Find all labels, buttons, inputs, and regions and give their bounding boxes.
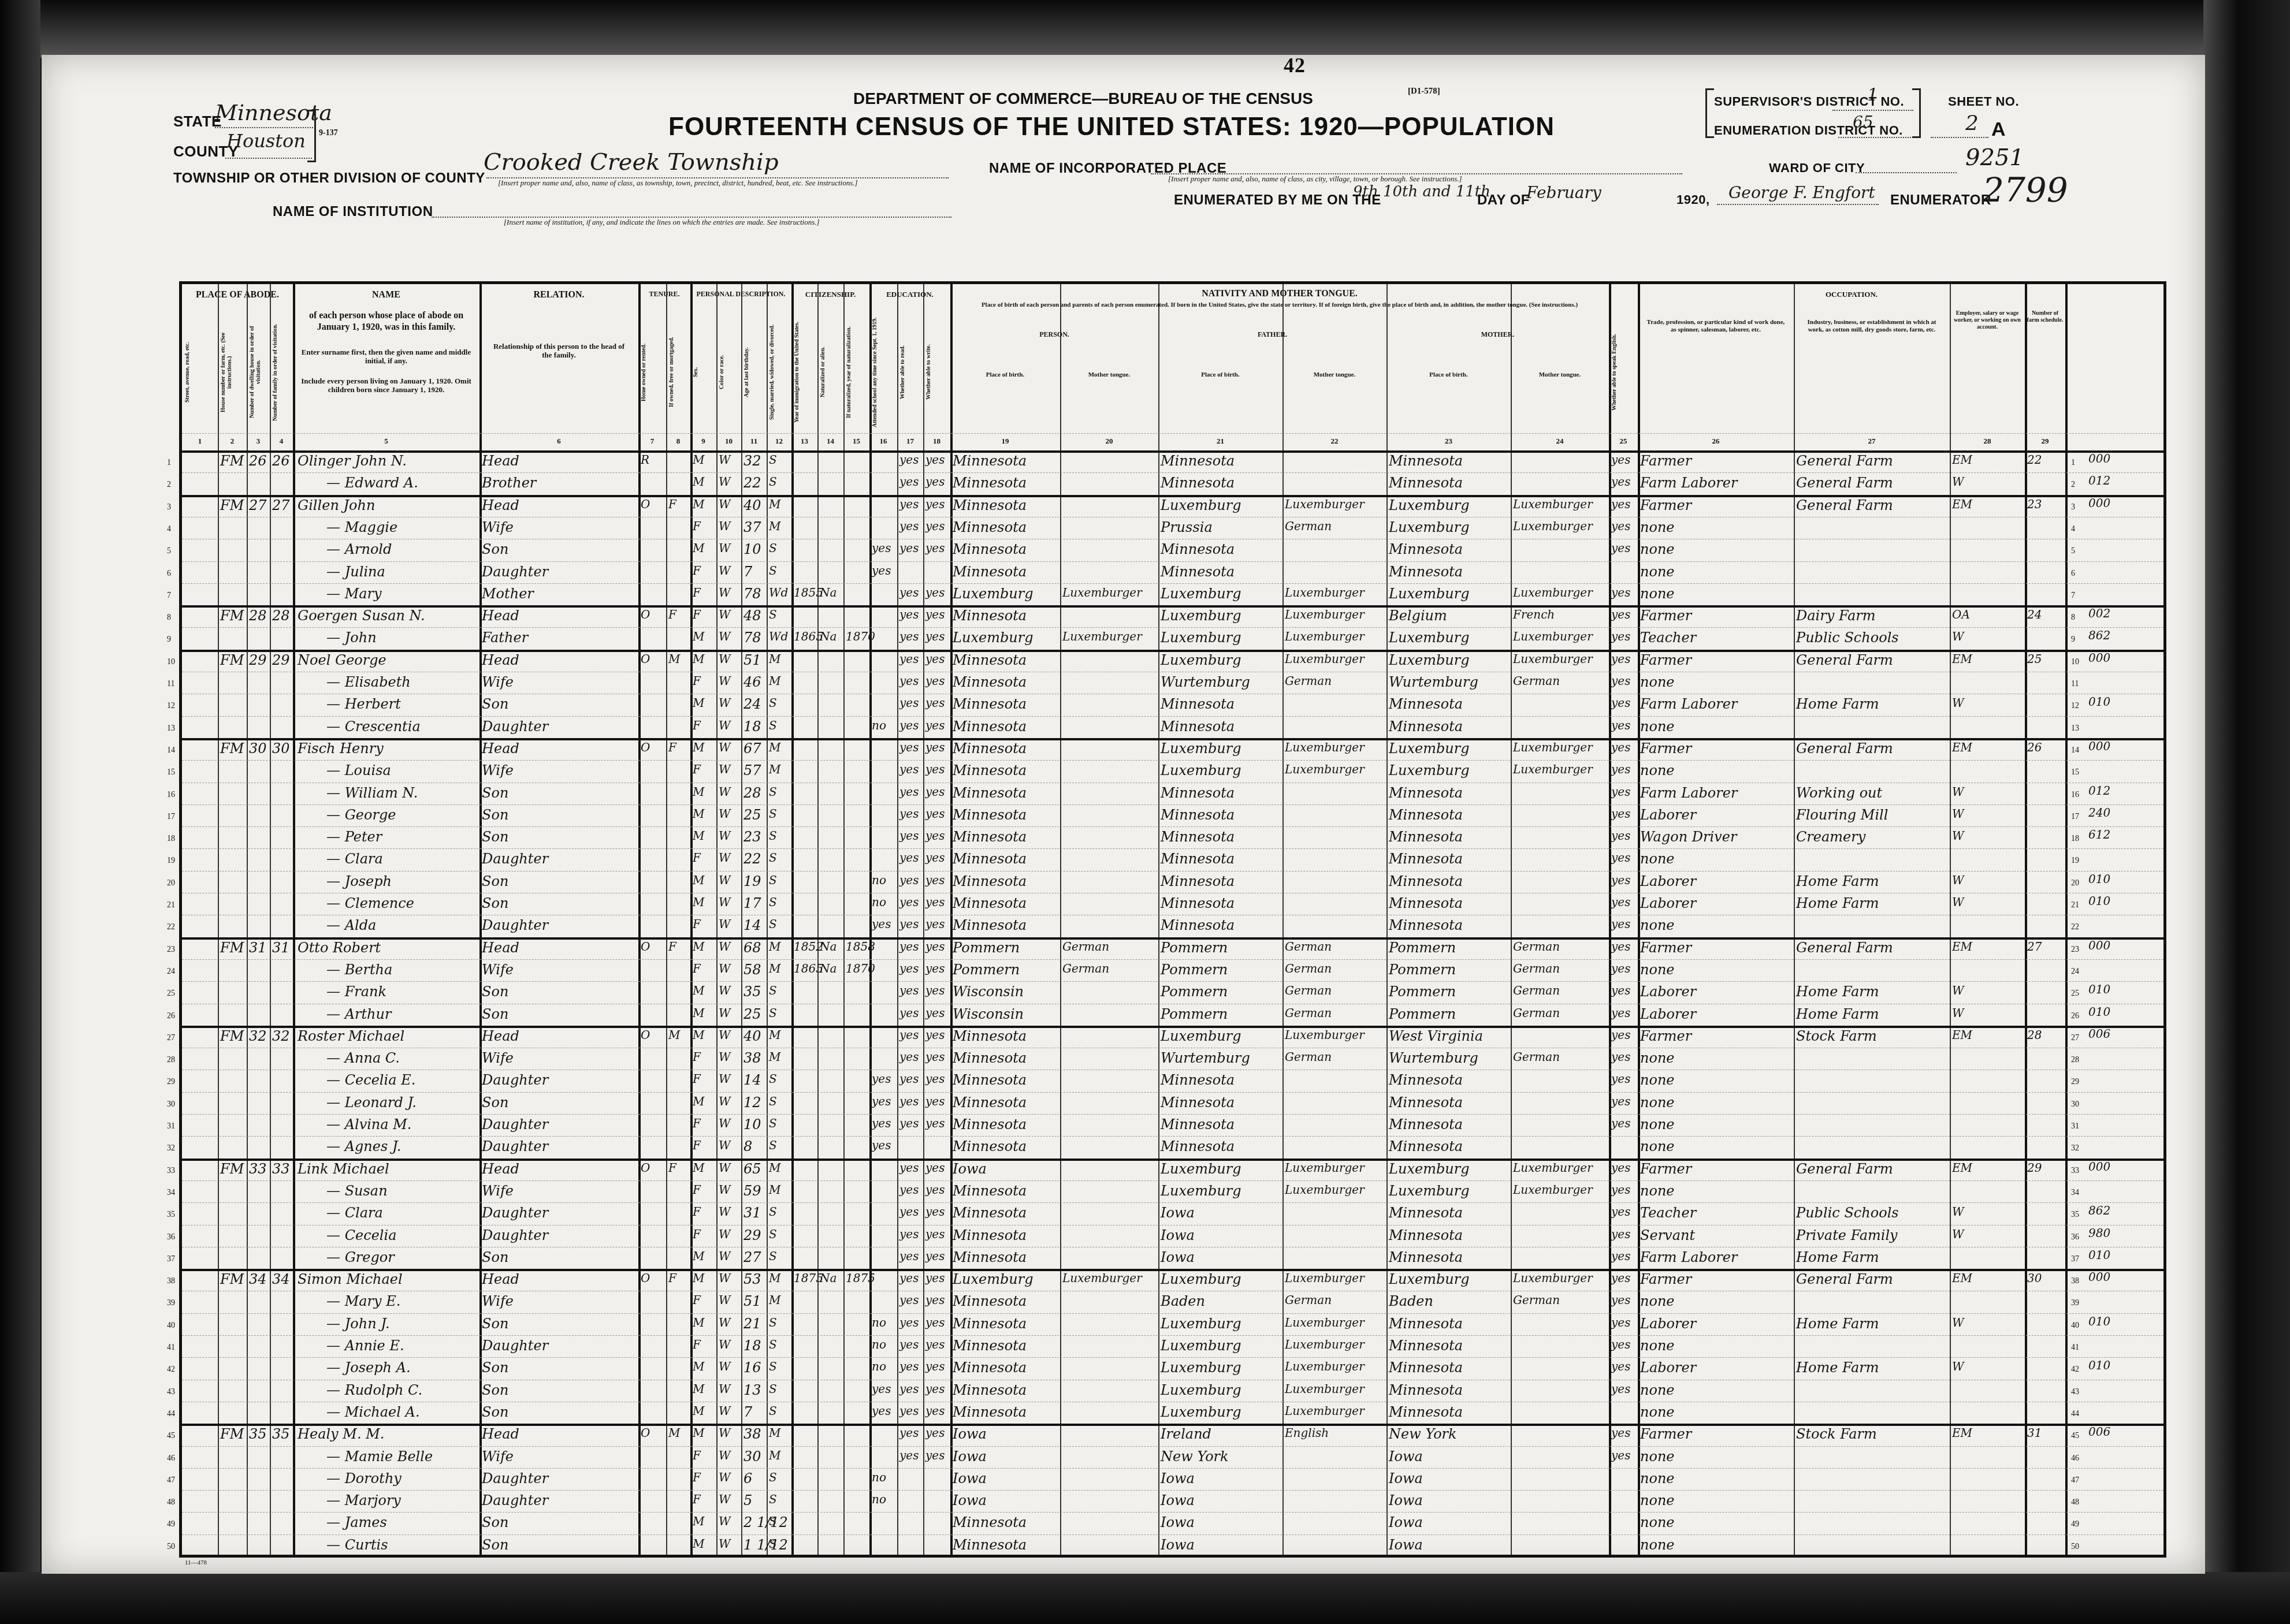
- cell-sex: M: [693, 497, 704, 511]
- column-divider: [767, 284, 768, 1555]
- header-relation-desc: Relationship of this person to the head …: [488, 342, 630, 359]
- cell-m_pob: Minnesota: [1389, 1205, 1463, 1221]
- cell-industry: General Farm: [1796, 453, 1893, 469]
- cell-age: 18: [743, 718, 761, 735]
- cell-marital: M: [769, 740, 780, 754]
- cell-school: yes: [872, 1138, 891, 1152]
- column-divider: [1511, 284, 1512, 1555]
- row-divider: [182, 1512, 2163, 1513]
- cell-employer: W: [1952, 630, 1964, 643]
- cell-sex: M: [693, 785, 704, 799]
- cell-mt: Luxemburger: [1062, 586, 1142, 599]
- cell-marital: M: [769, 1271, 780, 1285]
- line-number: 19: [167, 856, 175, 866]
- cell-f_pob: Luxemburg: [1161, 1382, 1241, 1398]
- cell-trade: Farmer: [1640, 1161, 1692, 1177]
- cell-marital: M: [769, 1448, 780, 1462]
- line-number: 37: [167, 1255, 175, 1264]
- ward-label: Ward of City: [1769, 161, 1865, 176]
- line-number: 17: [2071, 813, 2079, 822]
- state-county-bracket: [307, 110, 316, 162]
- row-divider: [182, 1357, 2163, 1358]
- column-number: 28: [1950, 437, 2025, 446]
- cell-m_pob: Luxemburg: [1389, 1271, 1470, 1287]
- cell-f_pob: Iowa: [1161, 1205, 1195, 1221]
- cell-sex: F: [693, 1227, 701, 1241]
- cell-m_mt: German: [1513, 1006, 1560, 1020]
- cell-pob: Luxemburg: [953, 630, 1034, 646]
- cell-f_pob: Wurtemburg: [1161, 674, 1250, 690]
- cell-relation: Daughter: [482, 1072, 548, 1088]
- cell-relation: Daughter: [482, 851, 548, 867]
- row-divider: [182, 472, 2163, 473]
- cell-m_pob: Luxemburg: [1389, 1161, 1470, 1177]
- line-number: 35: [167, 1210, 175, 1220]
- cell-employer: EM: [1952, 652, 1972, 666]
- cell-abode: FM: [220, 652, 244, 668]
- cell-m_pob: Minnesota: [1389, 1338, 1463, 1354]
- cell-abode: FM: [220, 1161, 244, 1177]
- header-c9: Sex.: [693, 316, 714, 429]
- cell-m_pob: Iowa: [1389, 1492, 1423, 1508]
- cell-relation: Daughter: [482, 1205, 548, 1221]
- cell-employer: W: [1952, 873, 1964, 887]
- cell-marital: S: [769, 1514, 777, 1528]
- cell-dwelling: 31: [249, 940, 267, 956]
- cell-read: yes: [899, 674, 919, 688]
- cell-english: yes: [1611, 1006, 1630, 1020]
- cell-write: yes: [925, 1006, 945, 1020]
- cell-m_mt: German: [1513, 1050, 1560, 1064]
- cell-age: 23: [743, 829, 761, 845]
- cell-age: 38: [743, 1050, 761, 1066]
- cell-f_pob: Pommern: [1161, 940, 1228, 956]
- cell-m_pob: West Virginia: [1389, 1028, 1483, 1044]
- cell-marital: S: [769, 1382, 777, 1396]
- cell-relation: Mother: [482, 586, 534, 602]
- cell-pob: Minnesota: [953, 674, 1027, 690]
- state-line: [215, 127, 313, 128]
- person-name: — Peter: [326, 829, 382, 845]
- person-name: — Michael A.: [326, 1404, 420, 1420]
- person-name: — Clara: [326, 851, 383, 867]
- cell-pob: Minnesota: [953, 1293, 1027, 1309]
- cell-race: W: [719, 1448, 731, 1462]
- cell-english: yes: [1611, 1161, 1630, 1175]
- cell-m_pob: Minnesota: [1389, 851, 1463, 867]
- cell-trade: none: [1640, 718, 1675, 735]
- cell-trade: Farmer: [1640, 608, 1692, 624]
- enumerated-days: 9th 10th and 11th: [1353, 183, 1490, 200]
- cell-relation: Daughter: [482, 1470, 548, 1487]
- supervisor-line: [1832, 110, 1913, 111]
- scan-border-top: [0, 0, 2290, 58]
- cell-pob: Minnesota: [953, 652, 1027, 668]
- line-number: 18: [167, 835, 175, 844]
- header-employer: Employer, salary or wage worker, or work…: [1951, 310, 2024, 331]
- cell-read: yes: [899, 1183, 919, 1197]
- cell-school: yes: [872, 1404, 891, 1418]
- person-name: Olinger John N.: [298, 453, 407, 469]
- cell-trade: none: [1640, 1116, 1675, 1133]
- cell-write: yes: [925, 1271, 945, 1285]
- cell-school: yes: [872, 917, 891, 931]
- row-divider: [182, 804, 2163, 805]
- cell-marital: S: [769, 1006, 777, 1020]
- cell-marital: S: [769, 851, 777, 865]
- cell-f_pob: Minnesota: [1161, 1138, 1235, 1154]
- cell-nat: Na: [820, 962, 837, 975]
- cell-f_mt: Luxemburger: [1285, 1359, 1365, 1373]
- margin-code: 980: [2088, 1226, 2110, 1240]
- margin-code: 010: [2088, 982, 2110, 996]
- person-name: — Rudolph C.: [326, 1382, 422, 1398]
- header-c1: Street, avenue, road, etc.: [184, 316, 215, 429]
- cell-relation: Wife: [482, 762, 514, 779]
- cell-employer: EM: [1952, 940, 1972, 953]
- cell-write: yes: [925, 1404, 945, 1418]
- column-number: 20: [1060, 437, 1158, 446]
- cell-sex: M: [693, 630, 704, 643]
- cell-race: W: [719, 1249, 731, 1263]
- header-citizenship: Citizenship.: [791, 290, 869, 299]
- cell-farm: 25: [2027, 652, 2042, 666]
- cell-industry: Home Farm: [1796, 1359, 1879, 1376]
- cell-marital: S: [769, 1492, 777, 1506]
- cell-read: yes: [899, 1316, 919, 1329]
- cell-immig: 1875: [794, 1271, 823, 1285]
- enumerator-label: Enumerator: [1890, 192, 1991, 208]
- cell-f_pob: Wurtemburg: [1161, 1050, 1250, 1066]
- cell-f_pob: Luxemburg: [1161, 1338, 1241, 1354]
- line-number: 7: [167, 591, 171, 601]
- cell-employer: EM: [1952, 497, 1972, 511]
- cell-relation: Wife: [482, 1293, 514, 1309]
- cell-read: yes: [899, 1006, 919, 1020]
- cell-dwelling: 32: [249, 1028, 267, 1044]
- line-number: 27: [2071, 1034, 2079, 1043]
- header-name-instr-2: Include every person living on January 1…: [299, 377, 474, 394]
- column-number: 3: [247, 437, 270, 446]
- line-number: 7: [2071, 591, 2075, 601]
- cell-m_pob: Minnesota: [1389, 1138, 1463, 1154]
- column-number: 29: [2025, 437, 2065, 446]
- cell-read: yes: [899, 1338, 919, 1351]
- cell-trade: Wagon Driver: [1640, 829, 1737, 845]
- cell-m_mt: German: [1513, 940, 1560, 953]
- person-name: — Clemence: [326, 895, 414, 911]
- cell-write: yes: [925, 453, 945, 467]
- cell-school: yes: [872, 1116, 891, 1130]
- person-name: — Gregor: [326, 1249, 395, 1265]
- cell-age: 14: [743, 917, 761, 933]
- cell-f_mt: German: [1285, 519, 1332, 533]
- cell-write: yes: [925, 1316, 945, 1329]
- line-number: 25: [2071, 989, 2079, 999]
- form-code: 9-137: [319, 129, 338, 138]
- cell-marital: S: [769, 453, 777, 467]
- cell-relation: Head: [482, 1161, 519, 1177]
- cell-m_mt: Luxemburger: [1513, 762, 1593, 776]
- person-name: — Cecelia E.: [326, 1072, 415, 1088]
- line-number: 15: [2071, 768, 2079, 777]
- line-number: 9: [2071, 635, 2075, 645]
- person-name: — Maggie: [326, 519, 397, 535]
- cell-age: 2 1/12: [743, 1514, 788, 1530]
- row-divider: [182, 760, 2163, 761]
- row-divider: [182, 1247, 2163, 1247]
- cell-read: yes: [899, 630, 919, 643]
- sheet-side: A: [1991, 118, 2006, 141]
- margin-code: 010: [2088, 1005, 2110, 1019]
- cell-pob: Wisconsin: [953, 1006, 1024, 1022]
- cell-age: 32: [743, 453, 761, 469]
- cell-english: yes: [1611, 873, 1630, 887]
- page-number: 42: [1284, 53, 1306, 77]
- scan-border-right: [2203, 0, 2290, 1624]
- cell-race: W: [719, 630, 731, 643]
- person-name: — James: [326, 1514, 387, 1530]
- header-education: Education.: [869, 290, 950, 299]
- column-number: 4: [270, 437, 293, 446]
- row-divider: [182, 1004, 2163, 1004]
- column-divider: [1158, 284, 1159, 1555]
- cell-sex: F: [693, 1116, 701, 1130]
- header-place-of-birth: Place of birth.: [1386, 371, 1511, 379]
- row-divider: [182, 433, 2163, 434]
- person-name: — Mary: [326, 586, 382, 602]
- line-number: 28: [2071, 1056, 2079, 1065]
- cell-trade: none: [1640, 1293, 1675, 1309]
- column-divider: [218, 284, 219, 1555]
- cell-m_pob: Iowa: [1389, 1537, 1423, 1553]
- cell-age: 18: [743, 1338, 761, 1354]
- cell-english: yes: [1611, 497, 1630, 511]
- cell-race: W: [719, 1205, 731, 1219]
- cell-race: W: [719, 1404, 731, 1418]
- cell-m_pob: Minnesota: [1389, 564, 1463, 580]
- cell-trade: Teacher: [1640, 1205, 1696, 1221]
- cell-race: W: [719, 1006, 731, 1020]
- column-divider: [2065, 284, 2068, 1555]
- line-number: 39: [167, 1299, 175, 1308]
- cell-employer: EM: [1952, 453, 1972, 467]
- cell-age: 17: [743, 895, 761, 911]
- cell-marital: S: [769, 1338, 777, 1351]
- header-mother-tongue: Mother tongue.: [1511, 371, 1609, 379]
- cell-trade: Farmer: [1640, 740, 1692, 757]
- cell-english: yes: [1611, 1249, 1630, 1263]
- cell-write: yes: [925, 1116, 945, 1130]
- row-divider: [182, 1048, 2163, 1048]
- cell-relation: Son: [482, 1382, 508, 1398]
- cell-m_pob: Wurtemburg: [1389, 674, 1478, 690]
- column-number: 21: [1158, 437, 1282, 446]
- column-number: 12: [767, 437, 791, 446]
- cell-m_pob: Minnesota: [1389, 1227, 1463, 1243]
- cell-f_mt: Luxemburger: [1285, 1382, 1365, 1396]
- header-trade: Trade, profession, or particular kind of…: [1644, 319, 1788, 334]
- cell-read: yes: [899, 940, 919, 953]
- cell-employer: W: [1952, 1227, 1964, 1241]
- district-bracket-left: [1705, 88, 1714, 138]
- header-c25: Whether able to speak English.: [1611, 316, 1635, 429]
- line-number: 43: [167, 1388, 175, 1397]
- cell-m_pob: Minnesota: [1389, 1404, 1463, 1420]
- header-c12: Single, married, widowed, or divorced.: [769, 316, 789, 429]
- cell-write: yes: [925, 1382, 945, 1396]
- day-of-label: day of: [1477, 192, 1530, 208]
- cell-school: no: [872, 895, 886, 909]
- cell-english: yes: [1611, 1072, 1630, 1086]
- person-name: — John: [326, 630, 377, 646]
- cell-english: yes: [1611, 917, 1630, 931]
- cell-read: yes: [899, 1404, 919, 1418]
- cell-english: yes: [1611, 1382, 1630, 1396]
- cell-age: 46: [743, 674, 761, 690]
- cell-read: yes: [899, 1205, 919, 1219]
- cell-m_mt: German: [1513, 984, 1560, 997]
- line-number: 33: [2071, 1167, 2079, 1176]
- cell-race: W: [719, 1382, 731, 1396]
- cell-m_mt: Luxemburger: [1513, 1183, 1593, 1197]
- cell-marital: S: [769, 1316, 777, 1329]
- column-number: 13: [791, 437, 817, 446]
- line-number: 11: [167, 680, 174, 689]
- cell-f_mt: Luxemburger: [1285, 1161, 1365, 1175]
- cell-m_mt: German: [1513, 1293, 1560, 1307]
- cell-mt: Luxemburger: [1062, 1271, 1142, 1285]
- column-number: 27: [1794, 437, 1950, 446]
- cell-abode: FM: [220, 453, 244, 469]
- cell-write: yes: [925, 1161, 945, 1175]
- cell-race: W: [719, 1161, 731, 1175]
- cell-nat: Na: [820, 630, 837, 643]
- cell-english: yes: [1611, 1271, 1630, 1285]
- cell-marital: S: [769, 1470, 777, 1484]
- cell-industry: Stock Farm: [1796, 1426, 1877, 1442]
- cell-relation: Son: [482, 1094, 508, 1111]
- cell-mt: Luxemburger: [1062, 630, 1142, 643]
- cell-english: yes: [1611, 541, 1630, 555]
- cell-trade: Laborer: [1640, 1006, 1696, 1022]
- cell-sex: F: [693, 762, 701, 776]
- line-number: 12: [2071, 702, 2079, 711]
- cell-age: 1 1/12: [743, 1537, 788, 1553]
- cell-trade: none: [1640, 1492, 1675, 1508]
- cell-f_pob: Prussia: [1161, 519, 1213, 535]
- header-occupation: Occupation.: [1638, 290, 2065, 299]
- footer-code: 11—478: [185, 1559, 207, 1566]
- person-name: Fisch Henry: [298, 740, 384, 757]
- cell-read: yes: [899, 652, 919, 666]
- person-name: — Anna C.: [326, 1050, 400, 1066]
- cell-f_mt: Luxemburger: [1285, 652, 1365, 666]
- cell-trade: none: [1640, 1470, 1675, 1487]
- cell-race: W: [719, 475, 731, 489]
- cell-english: yes: [1611, 1359, 1630, 1373]
- cell-pob: Minnesota: [953, 829, 1027, 845]
- cell-read: yes: [899, 1293, 919, 1307]
- cell-m_pob: Minnesota: [1389, 917, 1463, 933]
- cell-race: W: [719, 564, 731, 578]
- cell-read: yes: [899, 1161, 919, 1175]
- column-divider: [1950, 284, 1951, 1555]
- cell-write: yes: [925, 630, 945, 643]
- cell-marital: Wd: [769, 630, 788, 643]
- cell-english: yes: [1611, 762, 1630, 776]
- header-name-instr-1: Enter surname first, then the given name…: [299, 348, 474, 365]
- cell-write: yes: [925, 851, 945, 865]
- cell-sex: M: [693, 1382, 704, 1396]
- cell-trade: none: [1640, 1382, 1675, 1398]
- cell-relation: Wife: [482, 1050, 514, 1066]
- row-divider: [182, 1534, 2163, 1535]
- cell-f_pob: Baden: [1161, 1293, 1205, 1309]
- cell-sex: F: [693, 1072, 701, 1086]
- line-number: 44: [167, 1410, 175, 1419]
- cell-race: W: [719, 519, 731, 533]
- cell-age: 35: [743, 984, 761, 1000]
- line-number: 18: [2071, 835, 2079, 844]
- cell-write: yes: [925, 608, 945, 621]
- cell-sex: F: [693, 962, 701, 975]
- cell-employer: EM: [1952, 740, 1972, 754]
- cell-f_mt: Luxemburger: [1285, 1404, 1365, 1418]
- cell-relation: Daughter: [482, 917, 548, 933]
- cell-relation: Son: [482, 984, 508, 1000]
- cell-employer: W: [1952, 696, 1964, 710]
- cell-farm: 28: [2027, 1028, 2042, 1042]
- margin-code: 006: [2088, 1425, 2110, 1439]
- row-divider: [182, 1180, 2163, 1181]
- cell-marital: S: [769, 696, 777, 710]
- cell-age: 57: [743, 762, 761, 779]
- margin-code: 000: [2088, 651, 2110, 665]
- cell-marital: S: [769, 564, 777, 578]
- cell-trade: none: [1640, 962, 1675, 978]
- line-number: 42: [2071, 1365, 2079, 1375]
- row-divider: [182, 1291, 2163, 1291]
- header-c8: If owned, free or mortgaged.: [668, 316, 688, 429]
- cell-write: yes: [925, 940, 945, 953]
- cell-race: W: [719, 740, 731, 754]
- margin-code: 000: [2088, 1160, 2110, 1174]
- cell-sex: M: [693, 1006, 704, 1020]
- line-number: 10: [167, 658, 175, 667]
- cell-age: 51: [743, 652, 761, 668]
- cell-sex: F: [693, 1050, 701, 1064]
- cell-relation: Daughter: [482, 1138, 548, 1154]
- margin-code: 010: [2088, 1314, 2110, 1328]
- cell-write: yes: [925, 519, 945, 533]
- margin-code: 000: [2088, 938, 2110, 952]
- cell-f_pob: Minnesota: [1161, 475, 1235, 491]
- cell-employer: OA: [1952, 608, 1970, 621]
- line-number: 44: [2071, 1410, 2079, 1419]
- header-c11: Age at last birthday.: [743, 316, 764, 429]
- column-number: 24: [1511, 437, 1609, 446]
- county-value: Houston: [226, 130, 306, 152]
- cell-relation: Son: [482, 829, 508, 845]
- column-number: 23: [1386, 437, 1511, 446]
- cell-school: yes: [872, 1072, 891, 1086]
- cell-trade: Farm Laborer: [1640, 696, 1737, 712]
- header-c2: House number or farm, etc. (See instruct…: [220, 316, 244, 429]
- cell-f_mt: Luxemburger: [1285, 586, 1365, 599]
- person-name: Healy M. M.: [298, 1426, 384, 1442]
- cell-relation: Head: [482, 497, 519, 513]
